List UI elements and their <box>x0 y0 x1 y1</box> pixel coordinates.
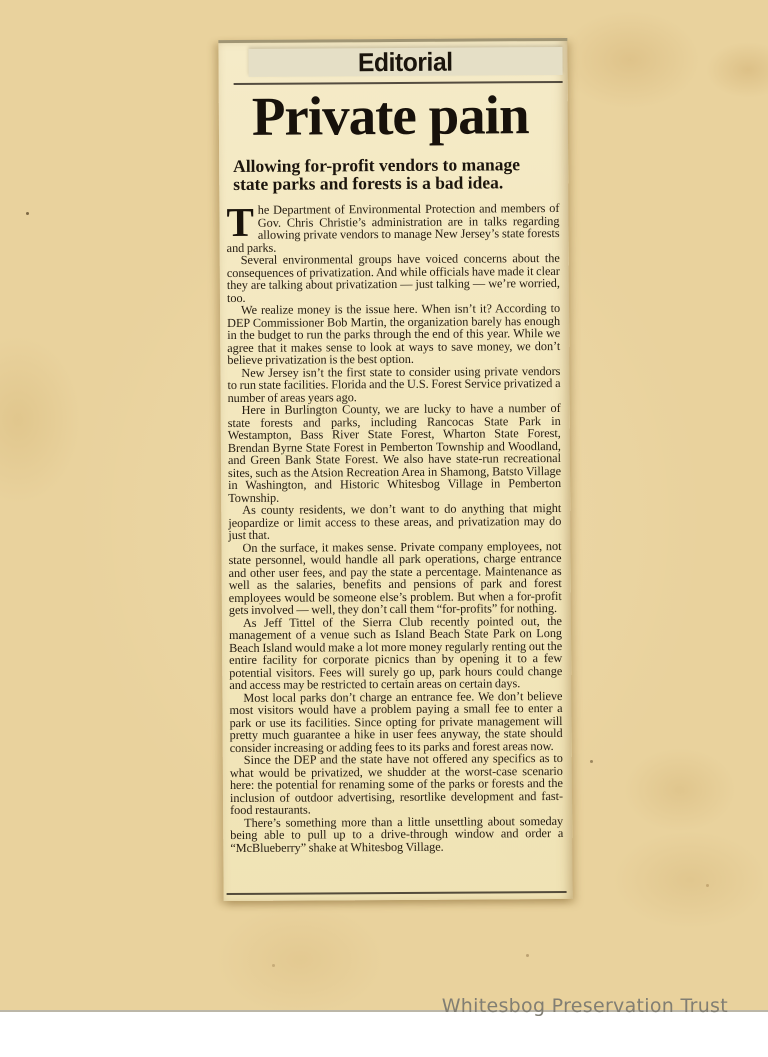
kicker-band: Editorial <box>248 47 562 77</box>
subhead: Allowing for-profit vendors to manage st… <box>233 155 545 193</box>
scanned-document: Editorial Private pain Allowing for-prof… <box>0 0 768 1057</box>
drop-cap: T <box>226 206 253 239</box>
paragraph: On the surface, it makes sense. Private … <box>228 539 561 616</box>
watermark: Whitesbog Preservation Trust <box>442 995 728 1017</box>
album-page: Editorial Private pain Allowing for-prof… <box>0 0 768 1012</box>
paragraph: As county residents, we don’t want to do… <box>228 502 561 542</box>
paragraph: There’s something more than a little uns… <box>230 814 563 854</box>
paragraph: The Department of Environmental Protecti… <box>226 202 559 254</box>
paragraph: Several environmental groups have voiced… <box>227 252 560 304</box>
paragraph: Since the DEP and the state have not off… <box>230 752 563 817</box>
article-body: The Department of Environmental Protecti… <box>226 202 563 854</box>
paragraph: We realize money is the issue here. When… <box>227 302 560 367</box>
bottom-rule <box>227 891 567 895</box>
paragraph: Most local parks don’t charge an entranc… <box>229 689 562 754</box>
paragraph: Here in Burlington County, we are lucky … <box>228 402 562 504</box>
paragraph: As Jeff Tittel of the Sierra Club recent… <box>229 614 562 691</box>
kicker-label: Editorial <box>358 46 453 78</box>
headline: Private pain <box>252 87 568 144</box>
lead-paragraph-text: he Department of Environmental Protectio… <box>227 201 560 255</box>
newspaper-clipping: Editorial Private pain Allowing for-prof… <box>218 38 572 901</box>
paragraph: New Jersey isn’t the first state to cons… <box>227 364 560 404</box>
